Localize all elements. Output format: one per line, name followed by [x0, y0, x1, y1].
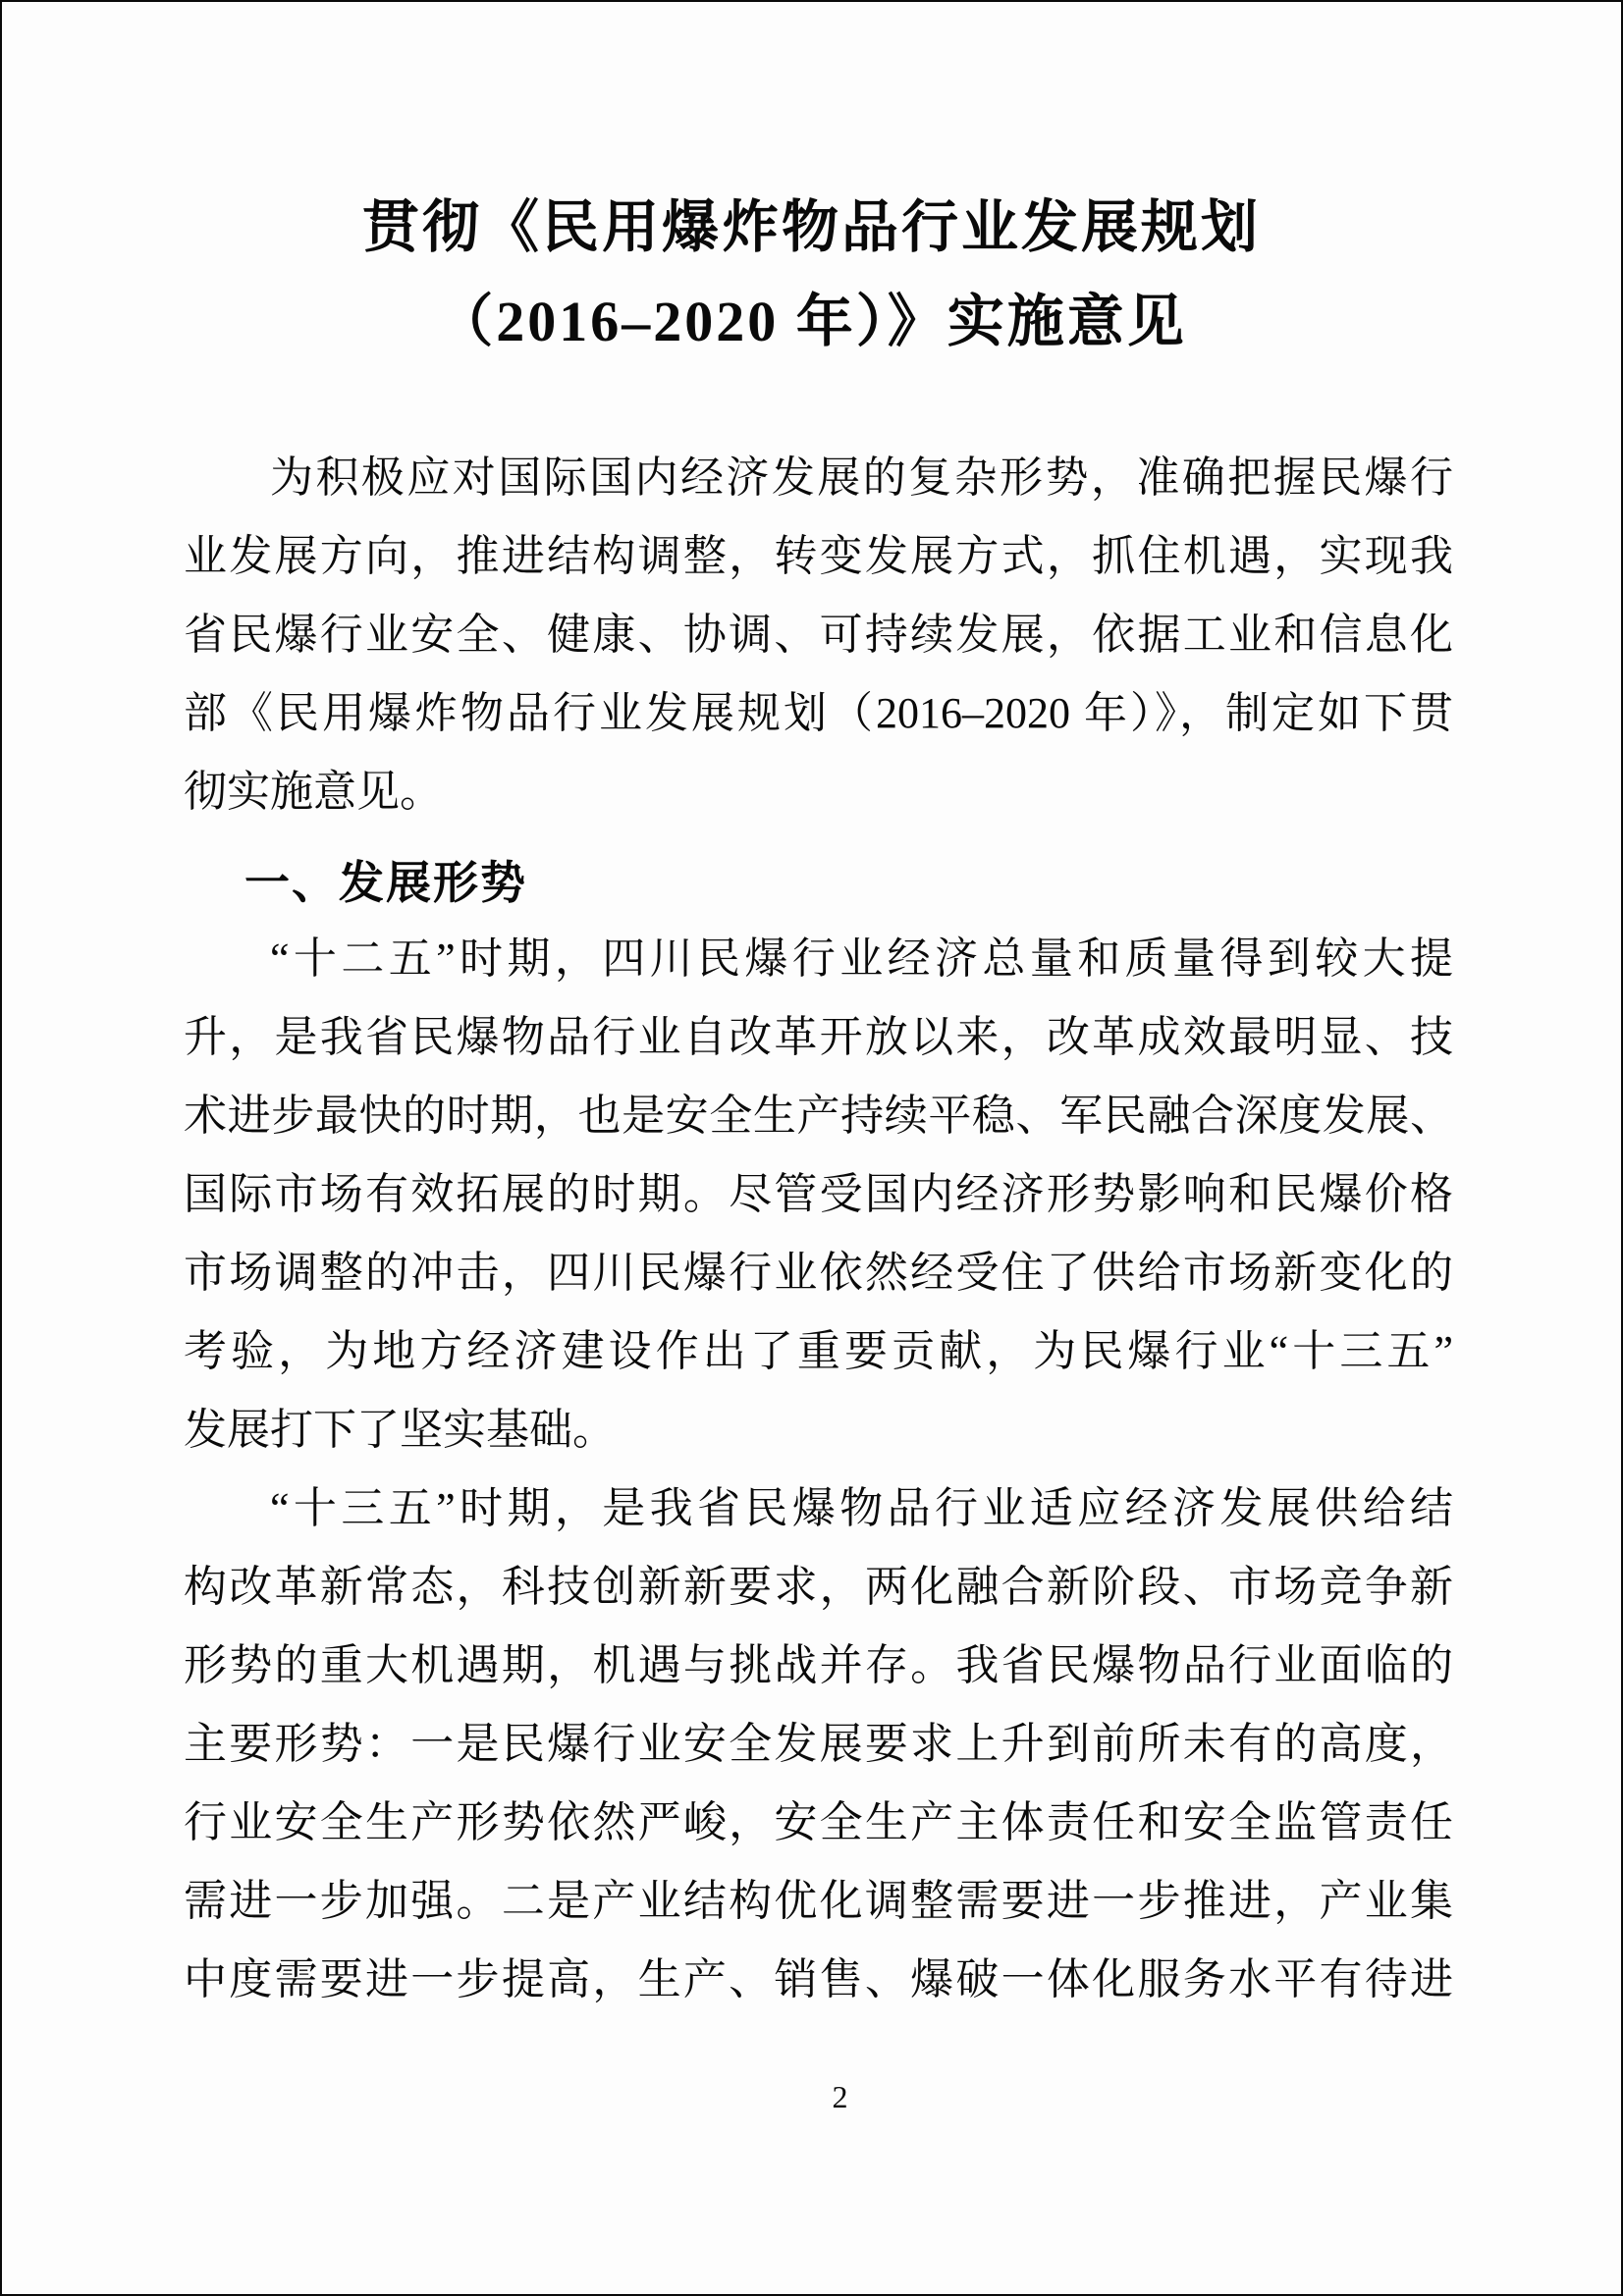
body-paragraph: “十三五”时期，是我省民爆物品行业适应经济发展供给结构改革新常态，科技创新新要求… [184, 1469, 1453, 2019]
section-heading: 一、发展形势 [184, 845, 1453, 920]
text-line: “十三五”时期，是我省民爆物品行业适应经济发展供给结 [184, 1469, 1453, 1548]
page-number: 2 [30, 2077, 1623, 2116]
text-line: 彻实施意见。 [184, 753, 1453, 831]
text-line: 发展打下了坚实基础。 [184, 1391, 1453, 1469]
text-line: 市场调整的冲击，四川民爆行业依然经受住了供给市场新变化的 [184, 1234, 1453, 1312]
body-paragraph: 为积极应对国际国内经济发展的复杂形势，准确把握民爆行业发展方向，推进结构调整，转… [184, 439, 1453, 831]
text-line: 主要形势：一是民爆行业安全发展要求上升到前所未有的高度， [184, 1705, 1453, 1784]
title-line-2: （2016–2020 年）》实施意见 [2, 275, 1621, 369]
text-line: 国际市场有效拓展的时期。尽管受国内经济形势影响和民爆价格 [184, 1155, 1453, 1234]
text-line: 业发展方向，推进结构调整，转变发展方式，抓住机遇，实现我 [184, 517, 1453, 596]
body-paragraph: “十二五”时期，四川民爆行业经济总量和质量得到较大提升，是我省民爆物品行业自改革… [184, 920, 1453, 1469]
text-line: 需进一步加强。二是产业结构优化调整需要进一步推进，产业集 [184, 1862, 1453, 1941]
text-line: “十二五”时期，四川民爆行业经济总量和质量得到较大提 [184, 920, 1453, 998]
text-line: 形势的重大机遇期，机遇与挑战并存。我省民爆物品行业面临的 [184, 1627, 1453, 1705]
text-line: 中度需要进一步提高，生产、销售、爆破一体化服务水平有待进 [184, 1941, 1453, 2019]
text-line: 省民爆行业安全、健康、协调、可持续发展，依据工业和信息化 [184, 596, 1453, 674]
text-line: 术进步最快的时期，也是安全生产持续平稳、军民融合深度发展、 [184, 1077, 1453, 1155]
text-line: 构改革新常态，科技创新新要求，两化融合新阶段、市场竞争新 [184, 1548, 1453, 1627]
document-body: 为积极应对国际国内经济发展的复杂形势，准确把握民爆行业发展方向，推进结构调整，转… [184, 439, 1453, 2019]
document-title: 贯彻《民用爆炸物品行业发展规划 （2016–2020 年）》实施意见 [2, 181, 1621, 369]
document-page: 贯彻《民用爆炸物品行业发展规划 （2016–2020 年）》实施意见 为积极应对… [0, 0, 1623, 2296]
text-line: 升，是我省民爆物品行业自改革开放以来，改革成效最明显、技 [184, 998, 1453, 1077]
text-line: 行业安全生产形势依然严峻，安全生产主体责任和安全监管责任 [184, 1784, 1453, 1862]
text-line: 部《民用爆炸物品行业发展规划（2016–2020 年）》，制定如下贯 [184, 674, 1453, 753]
text-line: 考验，为地方经济建设作出了重要贡献，为民爆行业“十三五” [184, 1312, 1453, 1391]
title-line-1: 贯彻《民用爆炸物品行业发展规划 [2, 181, 1621, 275]
text-line: 为积极应对国际国内经济发展的复杂形势，准确把握民爆行 [184, 439, 1453, 517]
